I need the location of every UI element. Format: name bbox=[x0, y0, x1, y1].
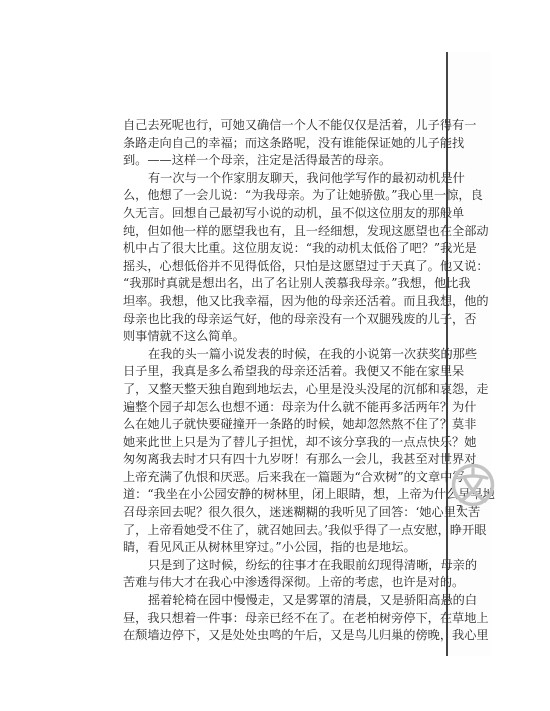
text-line: 母亲也比我的母亲运气好，他的母亲没有一个双腿残废的儿子，否 bbox=[123, 311, 425, 329]
text-line: 自己去死呢也行，可她又确信一个人不能仅仅是活着，儿子得有一 bbox=[123, 117, 425, 135]
text-line: 么，他想了一会儿说：“为我母亲。为了让她骄傲。”我心里一惊，良 bbox=[123, 187, 425, 205]
text-line: 么在她儿子就快要碰撞开一条路的时候，她却忽然熬不住了？莫非 bbox=[123, 416, 425, 434]
chapter-emblem-icon bbox=[451, 463, 495, 507]
text-line: 机中占了很大比重。这位朋友说：“我的动机太低俗了吧？”我光是 bbox=[123, 240, 425, 258]
text-line: 苦难与伟大才在我心中渗透得深彻。上帝的考虑，也许是对的。 bbox=[123, 574, 425, 592]
text-line: 日子里，我真是多么希望我的母亲还活着。我便又不能在家里呆 bbox=[123, 363, 425, 381]
text-line: 遍整个园子却怎么也想不通：母亲为什么就不能再多活两年？为什 bbox=[123, 399, 425, 417]
text-line: 条路走向自己的幸福；而这条路呢，没有谁能保证她的儿子能找 bbox=[123, 135, 425, 153]
text-line: 昼，我只想着一件事：母亲已经不在了。在老柏树旁停下，在草地上 bbox=[123, 610, 425, 628]
text-line: 了，又整天整天独自跑到地坛去，心里是没头没尾的沉郁和哀怨，走 bbox=[123, 381, 425, 399]
text-line: 在我的头一篇小说发表的时候，在我的小说第一次获奖的那些 bbox=[123, 346, 425, 364]
text-line: 到。——这样一个母亲，注定是活得最苦的母亲。 bbox=[123, 152, 425, 170]
text-line: “我那时真就是想出名，出了名让别人羡慕我母亲。”我想，他比我 bbox=[123, 275, 425, 293]
book-page: 自己去死呢也行，可她又确信一个人不能仅仅是活着，儿子得有一条路走向自己的幸福；而… bbox=[0, 0, 550, 711]
text-line: 匆匆离我去时才只有四十九岁呀！有那么一会儿，我甚至对世界对 bbox=[123, 451, 425, 469]
text-line: 则事情就不这么简单。 bbox=[123, 328, 425, 346]
text-line: 摇头，心想低俗并不见得低俗，只怕是这愿望过于天真了。他又说： bbox=[123, 258, 425, 276]
text-line: 坦率。我想，他又比我幸福，因为他的母亲还活着。而且我想，他的 bbox=[123, 293, 425, 311]
text-line: 只是到了这时候，纷纭的往事才在我眼前幻现得清晰，母亲的 bbox=[123, 557, 425, 575]
text-line: 道：“我坐在小公园安静的树林里，闭上眼睛，想，上帝为什么早早地 bbox=[123, 486, 425, 504]
text-line: 上帝充满了仇恨和厌恶。后来我在一篇题为“合欢树”的文章中写 bbox=[123, 469, 425, 487]
text-line: 有一次与一个作家朋友聊天，我问他学写作的最初动机是什 bbox=[123, 170, 425, 188]
text-line: 睛，看见风正从树林里穿过。”小公园，指的也是地坛。 bbox=[123, 539, 425, 557]
text-line: 在颓墙边停下，又是处处虫鸣的午后，又是鸟儿归巢的傍晚，我心里 bbox=[123, 627, 425, 645]
page-number: 7 bbox=[456, 504, 462, 515]
text-line: 召母亲回去呢？很久很久，迷迷糊糊的我听见了回答：‘她心里太苦 bbox=[123, 504, 425, 522]
text-line: 她来此世上只是为了替儿子担忧，却不该分享我的一点点快乐？她 bbox=[123, 434, 425, 452]
text-line: 了，上帝看她受不住了，就召她回去。’我似乎得了一点安慰，睁开眼 bbox=[123, 522, 425, 540]
wen-emblem-icon bbox=[451, 463, 495, 507]
text-line: 纯，但如他一样的愿望我也有，且一经细想，发现这愿望也在全部动 bbox=[123, 223, 425, 241]
body-text: 自己去死呢也行，可她又确信一个人不能仅仅是活着，儿子得有一条路走向自己的幸福；而… bbox=[123, 117, 425, 645]
text-line: 久无言。回想自己最初写小说的动机，虽不似这位朋友的那般单 bbox=[123, 205, 425, 223]
text-line: 摇着轮椅在园中慢慢走，又是雾罩的清晨，又是骄阳高悬的白 bbox=[123, 592, 425, 610]
